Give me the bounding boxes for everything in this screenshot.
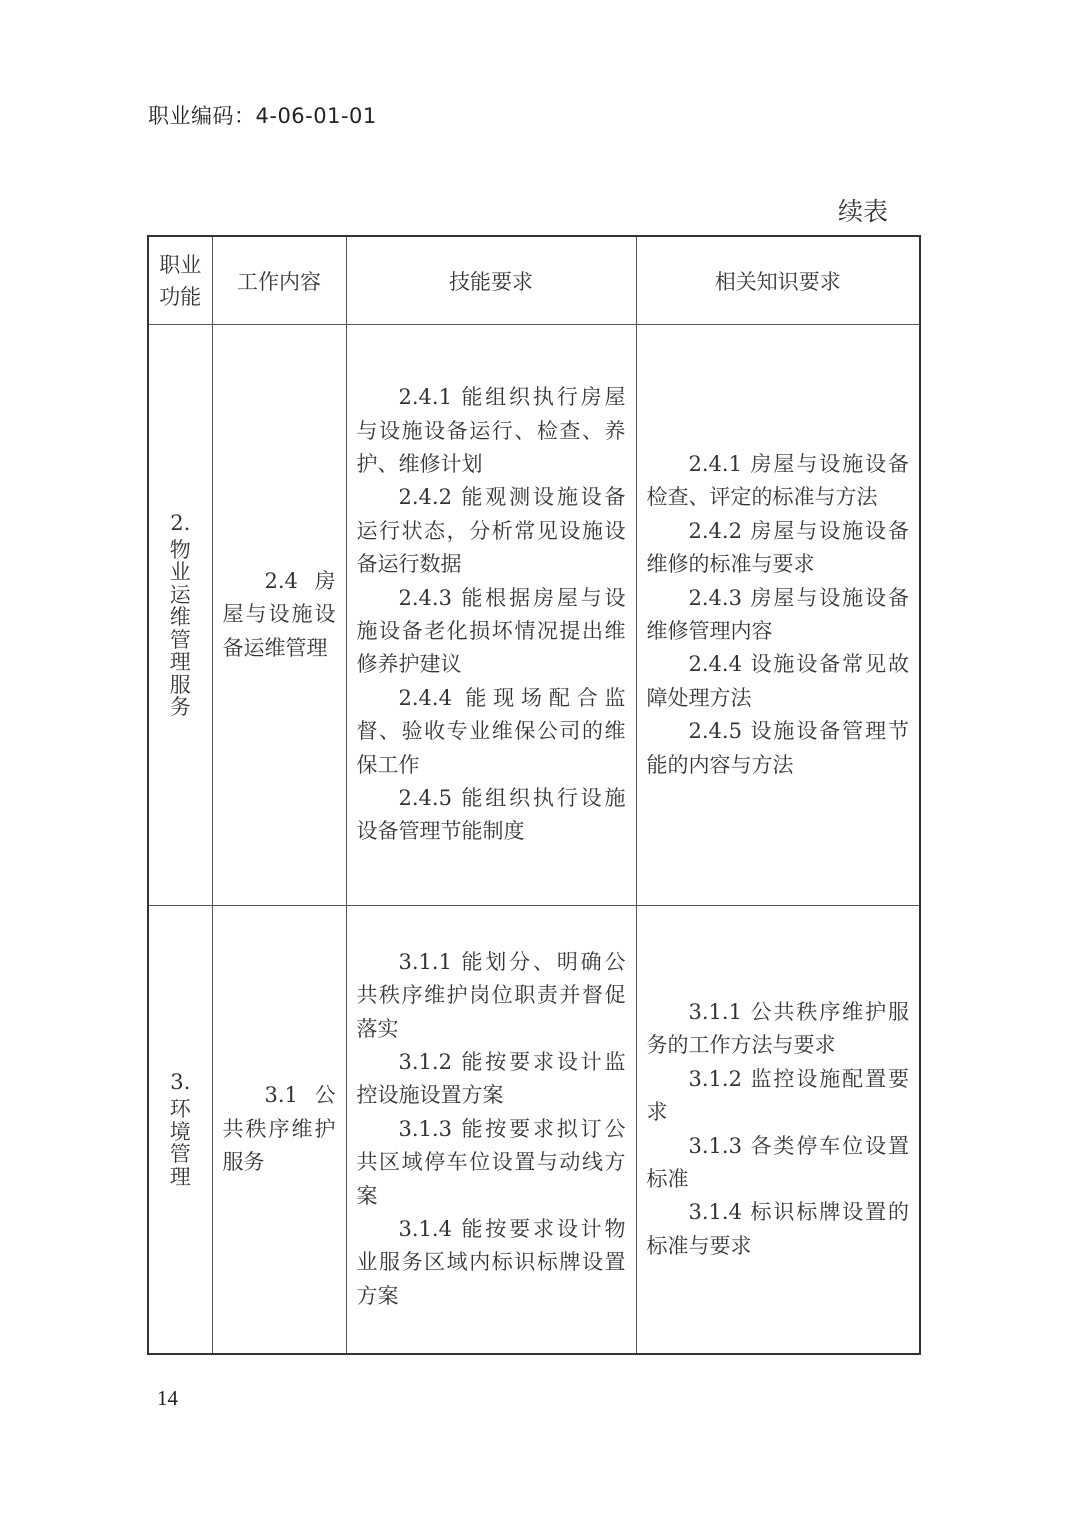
knowledge-item: 2.4.3 房屋与设施设备维修管理内容 [647,582,910,649]
work-content: 2.4 房屋与设施设备运维管理 [213,565,346,665]
occupation-code: 职业编码：4-06-01-01 [148,100,377,130]
knowledge-item: 2.4.1 房屋与设施设备检查、评定的标准与方法 [647,448,910,515]
table-row: 3. 环境管理 3.1 公共秩序维护服务 3.1.1 能划分、明确公共秩序维护岗… [148,906,920,1355]
column-header-knowledge: 相关知识要求 [636,236,920,325]
knowledge-item: 2.4.4 设施设备常见故障处理方法 [647,648,910,715]
function-name: 环境管理 [170,1098,191,1188]
knowledge-item: 2.4.5 设施设备管理节能的内容与方法 [647,715,910,782]
knowledge-item: 3.1.4 标识标牌设置的标准与要求 [647,1196,910,1263]
table-row: 2. 物业运维管理服务 2.4 房屋与设施设备运维管理 2.4.1 能组织执行房… [148,325,920,906]
page-number: 14 [157,1386,178,1411]
knowledge-item: 3.1.2 监控设施配置要求 [647,1063,910,1130]
skill-item: 3.1.3 能按要求拟订公共区域停车位设置与动线方案 [357,1113,626,1213]
skills-cell: 2.4.1 能组织执行房屋与设施设备运行、检查、养护、维修计划 2.4.2 能观… [346,325,636,906]
header-line: 功能 [159,285,201,309]
skill-item: 2.4.1 能组织执行房屋与设施设备运行、检查、养护、维修计划 [357,381,626,481]
skill-item: 2.4.3 能根据房屋与设施设备老化损坏情况提出维修养护建议 [357,582,626,682]
column-header-function: 职业 功能 [148,236,212,325]
knowledge-cell: 3.1.1 公共秩序维护服务的工作方法与要求 3.1.2 监控设施配置要求 3.… [636,906,920,1355]
column-header-skills: 技能要求 [346,236,636,325]
skills-cell: 3.1.1 能划分、明确公共秩序维护岗位职责并督促落实 3.1.2 能按要求设计… [346,906,636,1355]
function-cell: 3. 环境管理 [148,906,212,1355]
work-content-cell: 3.1 公共秩序维护服务 [212,906,346,1355]
knowledge-item: 2.4.2 房屋与设施设备维修的标准与要求 [647,515,910,582]
header-line: 职业 [159,253,201,277]
skills-table: 职业 功能 工作内容 技能要求 相关知识要求 2. 物业运维管理服务 2.4 房… [147,235,921,1355]
work-content: 3.1 公共秩序维护服务 [213,1079,346,1179]
function-cell: 2. 物业运维管理服务 [148,325,212,906]
skill-item: 2.4.2 能观测设施设备运行状态，分析常见设施设备运行数据 [357,481,626,581]
skill-item: 3.1.4 能按要求设计物业服务区域内标识标牌设置方案 [357,1213,626,1313]
skill-item: 2.4.4 能现场配合监督、验收专业维保公司的维保工作 [357,682,626,782]
function-name: 物业运维管理服务 [170,539,191,719]
skill-item: 2.4.5 能组织执行设施设备管理节能制度 [357,782,626,849]
knowledge-cell: 2.4.1 房屋与设施设备检查、评定的标准与方法 2.4.2 房屋与设施设备维修… [636,325,920,906]
table-header-row: 职业 功能 工作内容 技能要求 相关知识要求 [148,236,920,325]
continuation-label: 续表 [838,192,888,228]
skill-item: 3.1.1 能划分、明确公共秩序维护岗位职责并督促落实 [357,946,626,1046]
function-number: 2. [149,512,212,535]
knowledge-item: 3.1.1 公共秩序维护服务的工作方法与要求 [647,996,910,1063]
work-content-cell: 2.4 房屋与设施设备运维管理 [212,325,346,906]
function-number: 3. [149,1071,212,1094]
skill-item: 3.1.2 能按要求设计监控设施设置方案 [357,1046,626,1113]
column-header-work-content: 工作内容 [212,236,346,325]
knowledge-item: 3.1.3 各类停车位设置标准 [647,1130,910,1197]
